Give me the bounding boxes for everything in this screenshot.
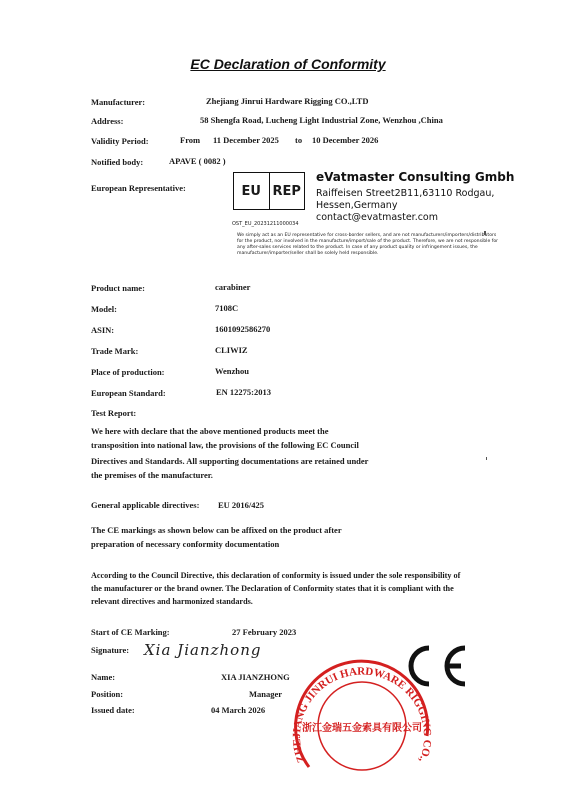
eu-rep-address: Raiffeisen Street2B11,63110 Rodgau, Hess… bbox=[316, 188, 494, 224]
council-line: relevant directives and harmonized stand… bbox=[91, 595, 460, 608]
product-name-value: carabiner bbox=[215, 282, 250, 292]
handwritten-signature: Xia Jianzhong bbox=[144, 641, 261, 659]
council-line: the manufacturer or the brand owner. The… bbox=[91, 582, 460, 595]
validity-to-date: 10 December 2026 bbox=[312, 135, 378, 145]
name-label: Name: bbox=[91, 672, 115, 682]
name-value: XIA JIANZHONG bbox=[221, 672, 290, 682]
scan-speck bbox=[484, 231, 486, 235]
eu-badge-text: EU bbox=[234, 173, 269, 209]
directives-value: EU 2016/425 bbox=[218, 500, 264, 510]
document-title: EC Declaration of Conformity bbox=[0, 56, 576, 72]
ce-marking-line: preparation of necessary conformity docu… bbox=[91, 537, 342, 551]
declaration-line: We here with declare that the above ment… bbox=[91, 424, 368, 438]
council-line: According to the Council Directive, this… bbox=[91, 569, 460, 582]
start-ce-value: 27 February 2023 bbox=[232, 627, 296, 637]
start-ce-label: Start of CE Marking: bbox=[91, 627, 170, 637]
issued-date-value: 04 March 2026 bbox=[211, 705, 265, 715]
european-standard-value: EN 12275:2013 bbox=[216, 387, 271, 397]
position-value: Manager bbox=[249, 689, 282, 699]
eu-rep-disclaimer: We simply act as an EU representative fo… bbox=[237, 233, 499, 257]
directives-label: General applicable directives: bbox=[91, 500, 199, 510]
scan-speck bbox=[486, 457, 487, 460]
model-label: Model: bbox=[91, 304, 117, 314]
stamp-inner-text: 浙江金瑞五金索具有限公司 bbox=[302, 721, 422, 734]
ce-marking-paragraph: The CE markings as shown below can be af… bbox=[91, 523, 342, 551]
eu-rep-address-line1: Raiffeisen Street2B11,63110 Rodgau, bbox=[316, 188, 494, 200]
manufacturer-label: Manufacturer: bbox=[91, 97, 145, 107]
notified-body-value: APAVE ( 0082 ) bbox=[169, 156, 226, 166]
asin-value: 1601092586270 bbox=[215, 324, 270, 334]
rep-badge-text: REP bbox=[269, 173, 305, 209]
eu-rep-registration-id: OST_EU_20231211000034 bbox=[232, 221, 299, 227]
address-value: 58 Shengfa Road, Lucheng Light Industria… bbox=[200, 115, 443, 125]
issued-date-label: Issued date: bbox=[91, 705, 135, 715]
ce-mark-icon bbox=[399, 643, 469, 689]
declaration-line: transposition into national law, the pro… bbox=[91, 438, 368, 454]
validity-label: Validity Period: bbox=[91, 136, 149, 146]
eu-rep-email: contact@evatmaster.com bbox=[316, 212, 494, 224]
product-name-label: Product name: bbox=[91, 283, 145, 293]
test-report-label: Test Report: bbox=[91, 408, 136, 418]
model-value: 7108C bbox=[215, 303, 238, 313]
eu-rep-address-line2: Hessen,Germany bbox=[316, 200, 494, 212]
manufacturer-value: Zhejiang Jinrui Hardware Rigging CO.,LTD bbox=[206, 96, 368, 106]
declaration-paragraph: We here with declare that the above ment… bbox=[91, 424, 368, 482]
place-of-production-label: Place of production: bbox=[91, 367, 165, 377]
european-standard-label: European Standard: bbox=[91, 388, 166, 398]
trade-mark-label: Trade Mark: bbox=[91, 346, 138, 356]
ce-marking-line: The CE markings as shown below can be af… bbox=[91, 523, 342, 537]
asin-label: ASIN: bbox=[91, 325, 114, 335]
declaration-line: Directives and Standards. All supporting… bbox=[91, 454, 368, 468]
council-paragraph: According to the Council Directive, this… bbox=[91, 569, 460, 608]
eu-rep-label: European Representative: bbox=[91, 183, 186, 193]
eu-rep-badge: EU REP bbox=[233, 172, 305, 210]
validity-from-label: From bbox=[180, 135, 200, 145]
declaration-line: the premises of the manufacturer. bbox=[91, 468, 368, 482]
place-of-production-value: Wenzhou bbox=[215, 366, 249, 376]
validity-from-date: 11 December 2025 bbox=[213, 135, 279, 145]
eu-rep-company: eVatmaster Consulting Gmbh bbox=[316, 170, 514, 184]
validity-to-label: to bbox=[295, 135, 302, 145]
signature-label: Signature: bbox=[91, 645, 129, 655]
trade-mark-value: CLIWIZ bbox=[215, 345, 248, 355]
address-label: Address: bbox=[91, 116, 123, 126]
position-label: Position: bbox=[91, 689, 123, 699]
notified-body-label: Notified body: bbox=[91, 157, 143, 167]
